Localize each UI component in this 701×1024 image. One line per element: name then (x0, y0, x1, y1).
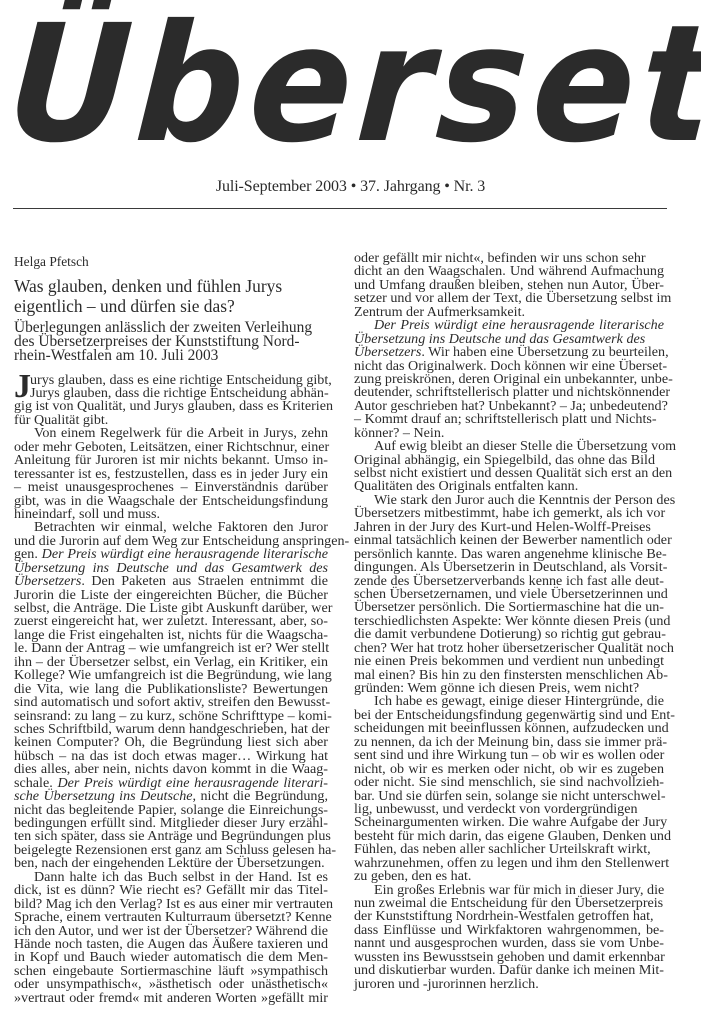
drop-cap: J (14, 373, 31, 401)
article-body-left: J urys glauben, dass es eine richtige En… (14, 374, 328, 1006)
subhead-line: rhein-Westfalen am 10. Juli 2003 (14, 347, 218, 364)
article-author: Helga Pfetsch (14, 254, 328, 269)
article-headline: Was glauben, denken und fühlen Jurys eig… (14, 277, 328, 316)
left-column: Helga Pfetsch Was glauben, denken und fü… (14, 254, 328, 1005)
article-body-right: oder gefällt mir nicht«, befinden wir un… (354, 252, 664, 991)
publication-title: Übersetzen (3, 4, 701, 166)
headline-line: Was glauben, denken und fühlen Jurys (14, 276, 282, 296)
article-subheading: Überlegungen anlässlich der zweiten Verl… (14, 321, 328, 364)
headline-line: eigentlich – und dürfen sie das? (14, 296, 235, 316)
masthead: Übersetzen (14, 22, 674, 172)
right-column: oder gefällt mir nicht«, befinden wir un… (354, 252, 664, 991)
body-text-line: juroren und -jurorinnen herzlich. (354, 978, 664, 991)
body-text-line: »vertraut oder fremd« mit anderen Worten… (14, 992, 328, 1005)
issue-line: Juli-September 2003 • 37. Jahrgang • Nr.… (0, 178, 701, 196)
header-divider (13, 208, 667, 209)
